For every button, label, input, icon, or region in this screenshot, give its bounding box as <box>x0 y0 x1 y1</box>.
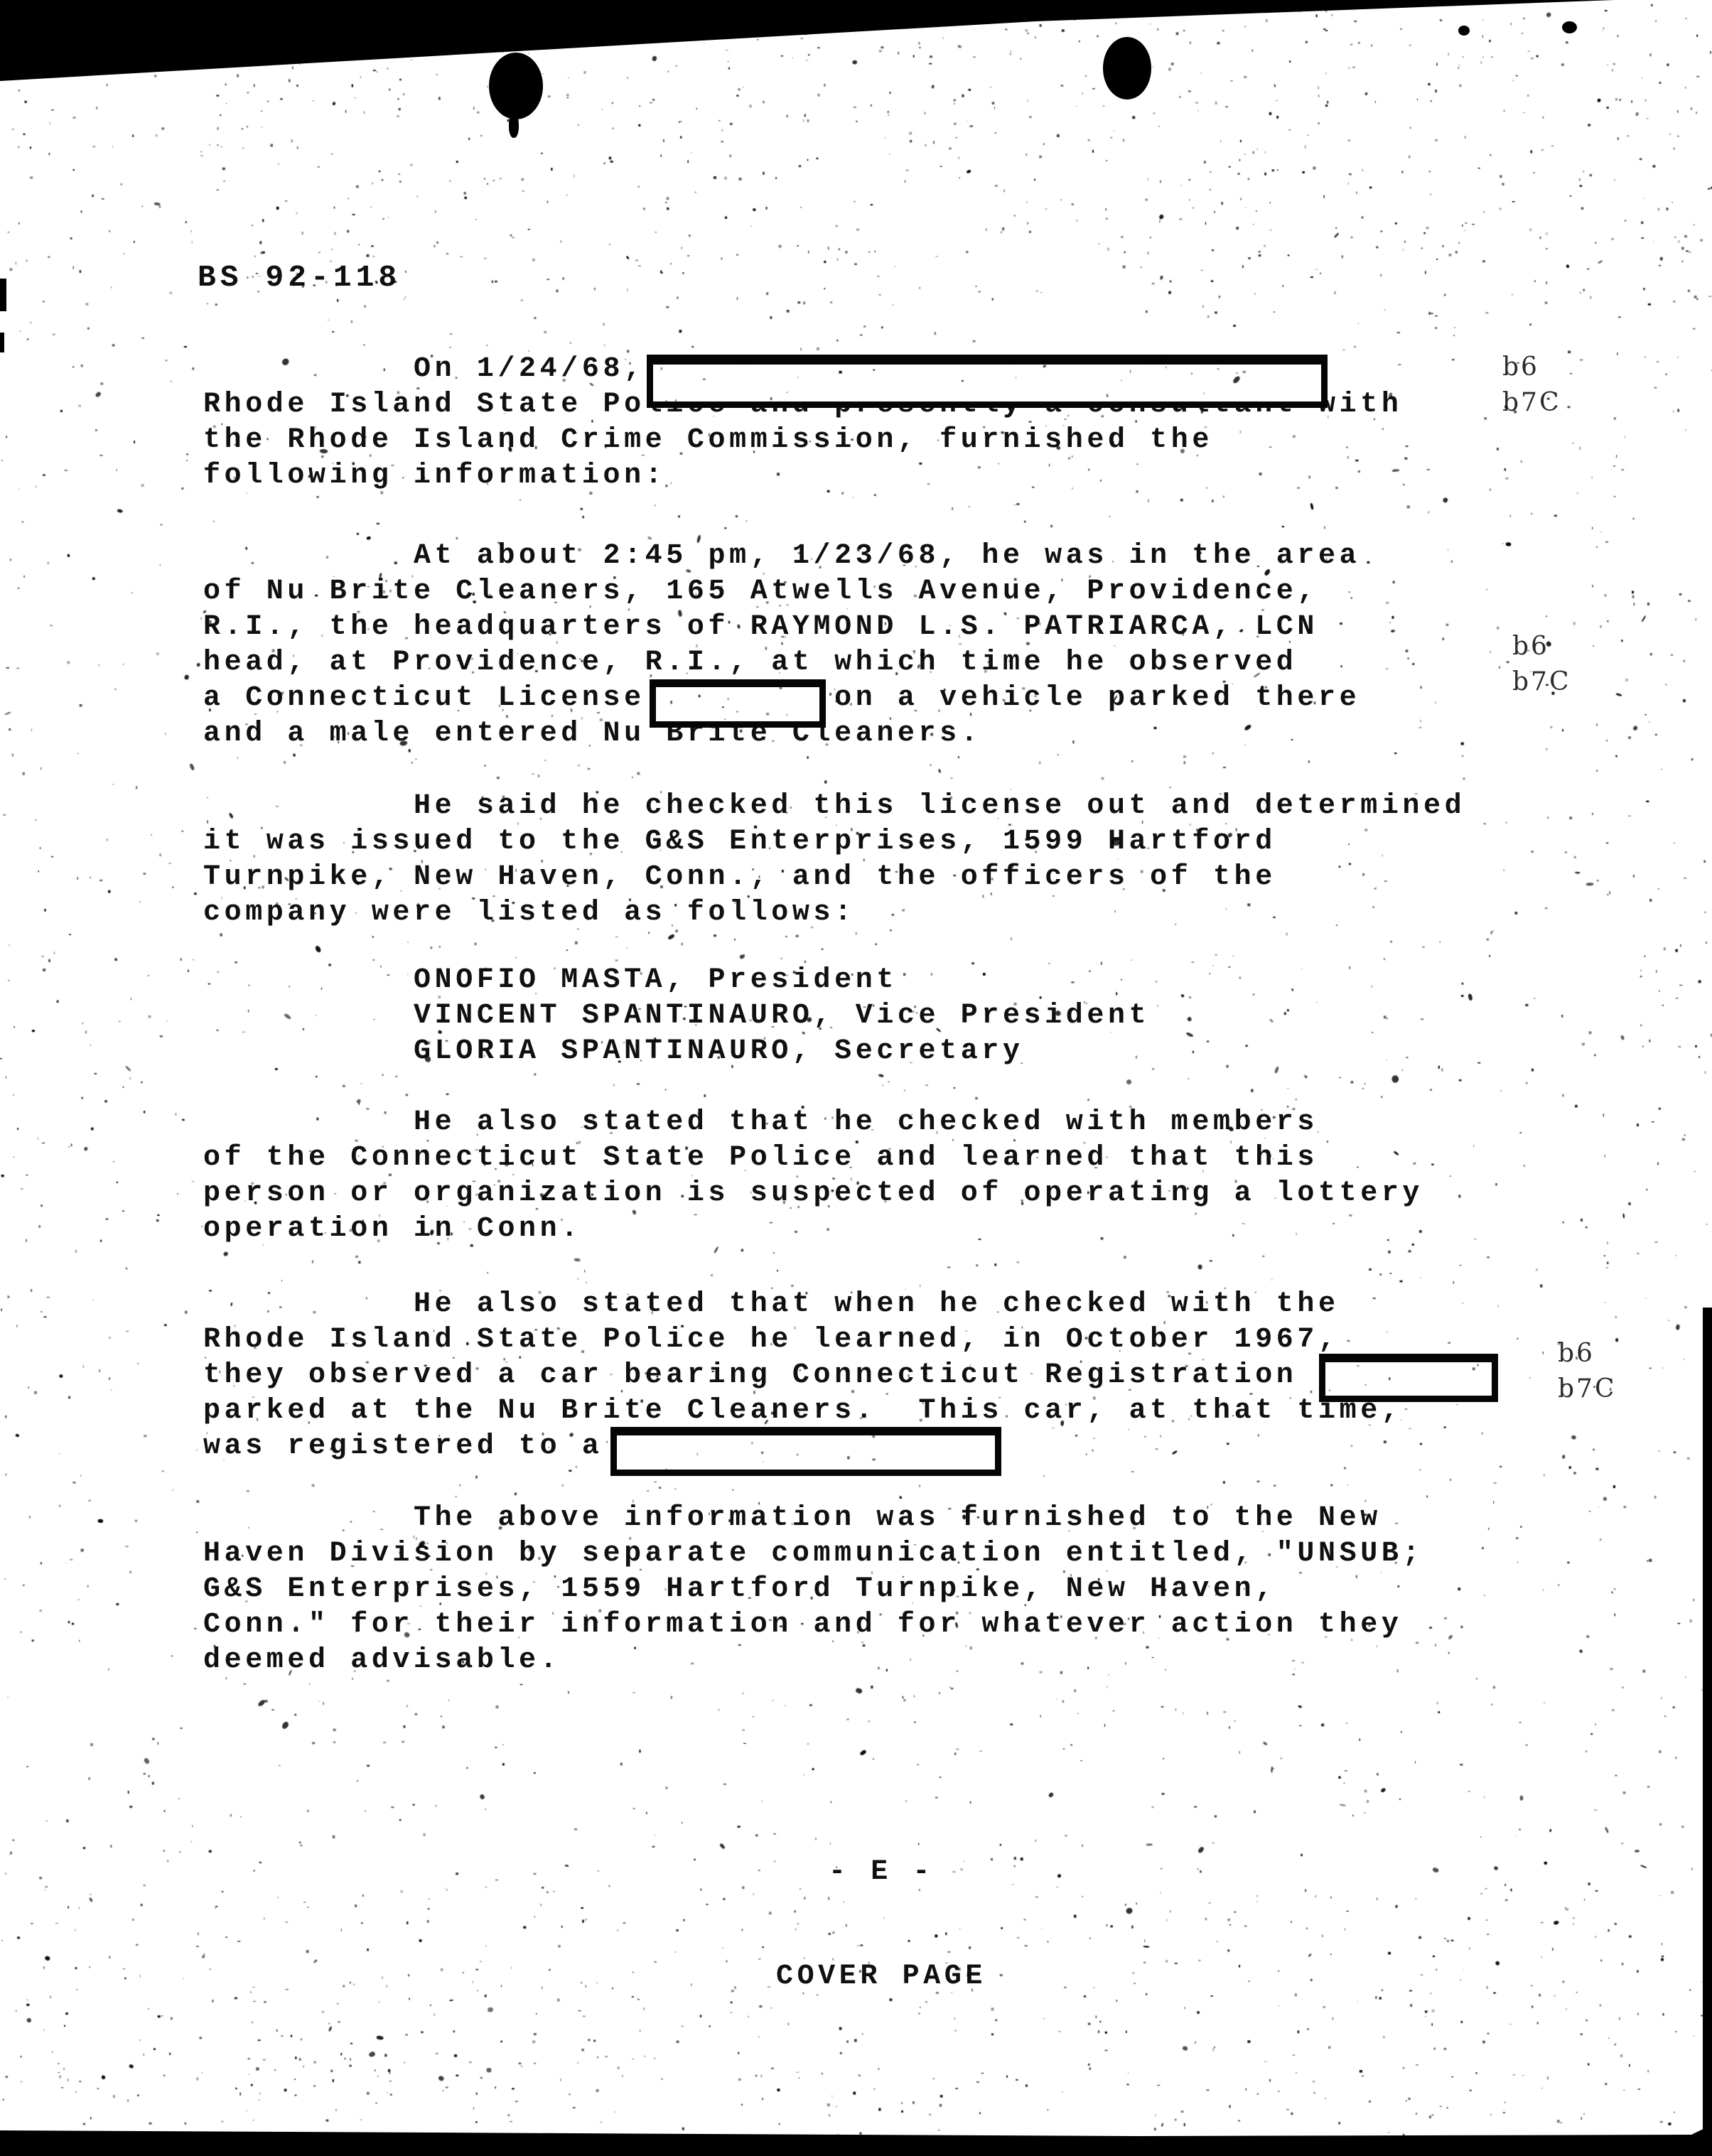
paragraph-3: He said he checked this license out and … <box>203 789 1465 931</box>
footer-cover-page-label: COVER PAGE <box>682 1959 1080 1994</box>
text-line: they observed a car bearing Connecticut … <box>203 1358 1402 1394</box>
exemption-b6: b6 <box>1558 1336 1617 1371</box>
text-line: it was issued to the G&S Enterprises, 15… <box>203 824 1465 860</box>
margin-annotation: b6 b7C <box>1558 1336 1617 1407</box>
exemption-b7c: b7C <box>1512 664 1571 700</box>
footer-page-letter: - E - <box>682 1855 1080 1890</box>
redaction-box-registration <box>1319 1354 1498 1402</box>
hole-punch-ink-drip <box>509 114 519 138</box>
redaction-box-license <box>650 679 826 728</box>
text-line: of Nu Brite Cleaners, 165 Atwells Avenue… <box>203 574 1360 610</box>
paragraph-7: The above information was furnished to t… <box>203 1501 1423 1678</box>
text-line: Turnpike, New Haven, Conn., and the offi… <box>203 860 1465 895</box>
hole-punch <box>1103 37 1151 99</box>
text-line: Haven Division by separate communication… <box>203 1536 1423 1572</box>
text-line: He said he checked this license out and … <box>203 789 1465 824</box>
text-line: head, at Providence, R.I., at which time… <box>203 645 1360 681</box>
exemption-b6: b6 <box>1502 350 1561 385</box>
text-line: parked at the Nu Brite Cleaners. This ca… <box>203 1394 1402 1429</box>
text-line: operation in Conn. <box>203 1212 1423 1247</box>
text-line: Rhode Island State Police he learned, in… <box>203 1322 1402 1358</box>
text-line: following information: <box>203 458 1402 494</box>
paragraph-5: He also stated that he checked with memb… <box>203 1105 1423 1247</box>
text-line: GLORIA SPANTINAURO, Secretary <box>203 1034 1150 1069</box>
text-line: company were listed as follows: <box>203 895 1465 931</box>
text-line: At about 2:45 pm, 1/23/68, he was in the… <box>203 539 1360 574</box>
exemption-b7c: b7C <box>1558 1371 1617 1407</box>
scan-edge-right <box>1703 1308 1712 2156</box>
scan-edge-left-mark <box>0 279 6 311</box>
text-line: Conn." for their information and for wha… <box>203 1607 1423 1643</box>
text-line: person or organization is suspected of o… <box>203 1176 1423 1212</box>
text-line: He also stated that he checked with memb… <box>203 1105 1423 1141</box>
margin-annotation: b6 b7C <box>1502 350 1561 421</box>
text-line: He also stated that when he checked with… <box>203 1287 1402 1322</box>
margin-annotation: b6 b7C <box>1512 629 1571 700</box>
hole-punch <box>489 53 543 119</box>
text-line: The above information was furnished to t… <box>203 1501 1423 1536</box>
text-line: VINCENT SPANTINAURO, Vice President <box>203 998 1150 1034</box>
paragraph-4: ONOFIO MASTA, President VINCENT SPANTINA… <box>203 963 1150 1069</box>
scanned-document-page: BS 92-118 On 1/24/68,Rhode Island State … <box>0 0 1712 2156</box>
exemption-b6: b6 <box>1512 629 1571 664</box>
scan-edge-left-mark <box>0 333 4 352</box>
page-footer: - E - COVER PAGE <box>682 1785 1080 2064</box>
text-line: R.I., the headquarters of RAYMOND L.S. P… <box>203 610 1360 645</box>
text-line: deemed advisable. <box>203 1643 1423 1678</box>
text-line: of the Connecticut State Police and lear… <box>203 1141 1423 1176</box>
redaction-box-registrant <box>610 1427 1001 1476</box>
ink-dot <box>1458 26 1470 36</box>
exemption-b7c: b7C <box>1502 385 1561 421</box>
text-line: ONOFIO MASTA, President <box>203 963 1150 998</box>
text-line: the Rhode Island Crime Commission, furni… <box>203 423 1402 458</box>
text-line: G&S Enterprises, 1559 Hartford Turnpike,… <box>203 1572 1423 1607</box>
redaction-box-name <box>647 355 1328 408</box>
ink-dot <box>1562 21 1577 33</box>
